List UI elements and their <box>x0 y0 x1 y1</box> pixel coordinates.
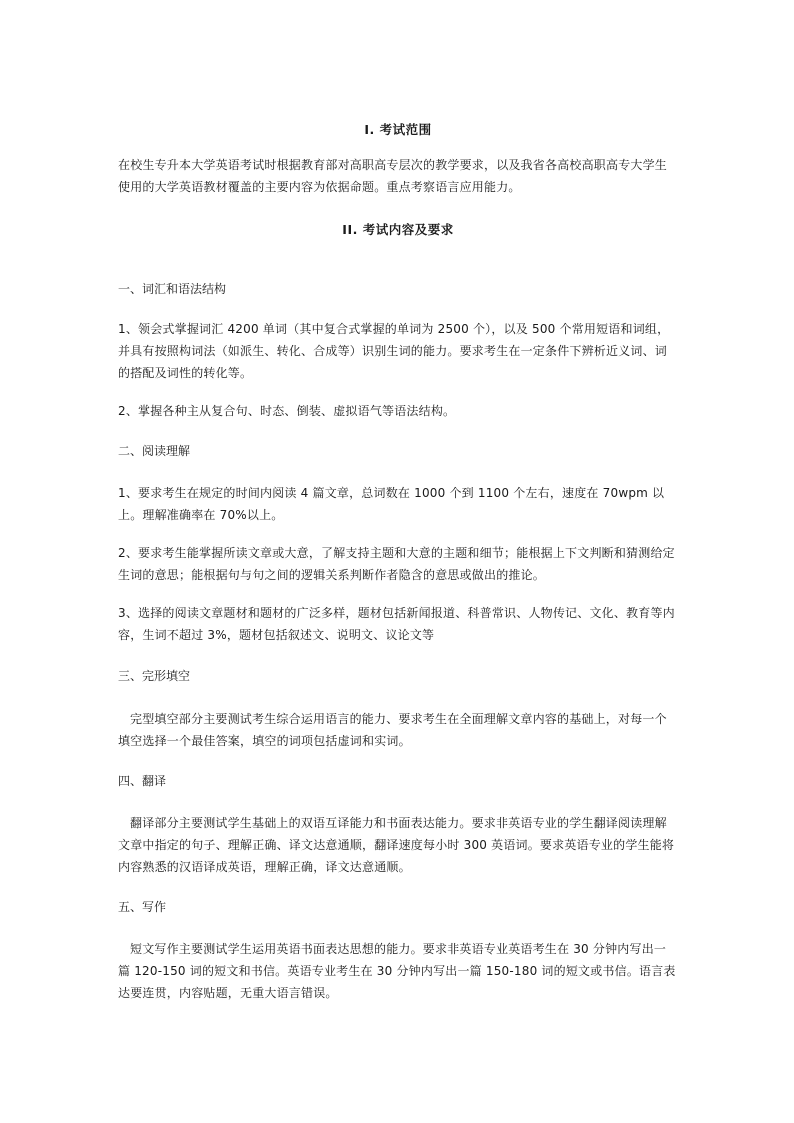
section-title-writing: 五、写作 <box>118 896 166 918</box>
section-title-translation: 四、翻译 <box>118 770 166 792</box>
paragraph-writing: 短文写作主要测试学生运用英语书面表达思想的能力。要求非英语专业英语考生在 30 … <box>118 938 678 1004</box>
paragraph-cloze: 完型填空部分主要测试考生综合运用语言的能力、要求考生在全面理解文章内容的基础上，… <box>118 708 678 752</box>
paragraph-translation: 翻译部分主要测试学生基础上的双语互译能力和书面表达能力。要求非英语专业的学生翻译… <box>118 812 678 878</box>
paragraph-reading-3: 3、选择的阅读文章题材和题材的广泛多样，题材包括新闻报道、科普常识、人物传记、文… <box>118 602 678 646</box>
heading-exam-scope: I. 考试范围 <box>118 120 678 138</box>
heading-exam-content: II. 考试内容及要求 <box>118 220 678 238</box>
paragraph-vocab-2: 2、掌握各种主从复合句、时态、倒装、虚拟语气等语法结构。 <box>118 400 678 422</box>
paragraph-reading-1: 1、要求考生在规定的时间内阅读 4 篇文章，总词数在 1000 个到 1100 … <box>118 482 678 526</box>
section-title-vocab-grammar: 一、词汇和语法结构 <box>118 278 226 300</box>
intro-paragraph: 在校生专升本大学英语考试时根据教育部对高职高专层次的教学要求，以及我省各高校高职… <box>118 154 678 198</box>
paragraph-vocab-1: 1、领会式掌握词汇 4200 单词（其中复合式掌握的单词为 2500 个），以及… <box>118 318 678 384</box>
section-title-cloze: 三、完形填空 <box>118 665 190 687</box>
paragraph-reading-2: 2、要求考生能掌握所读文章或大意，了解支持主题和大意的主题和细节；能根据上下文判… <box>118 542 678 586</box>
section-title-reading: 二、阅读理解 <box>118 440 190 462</box>
